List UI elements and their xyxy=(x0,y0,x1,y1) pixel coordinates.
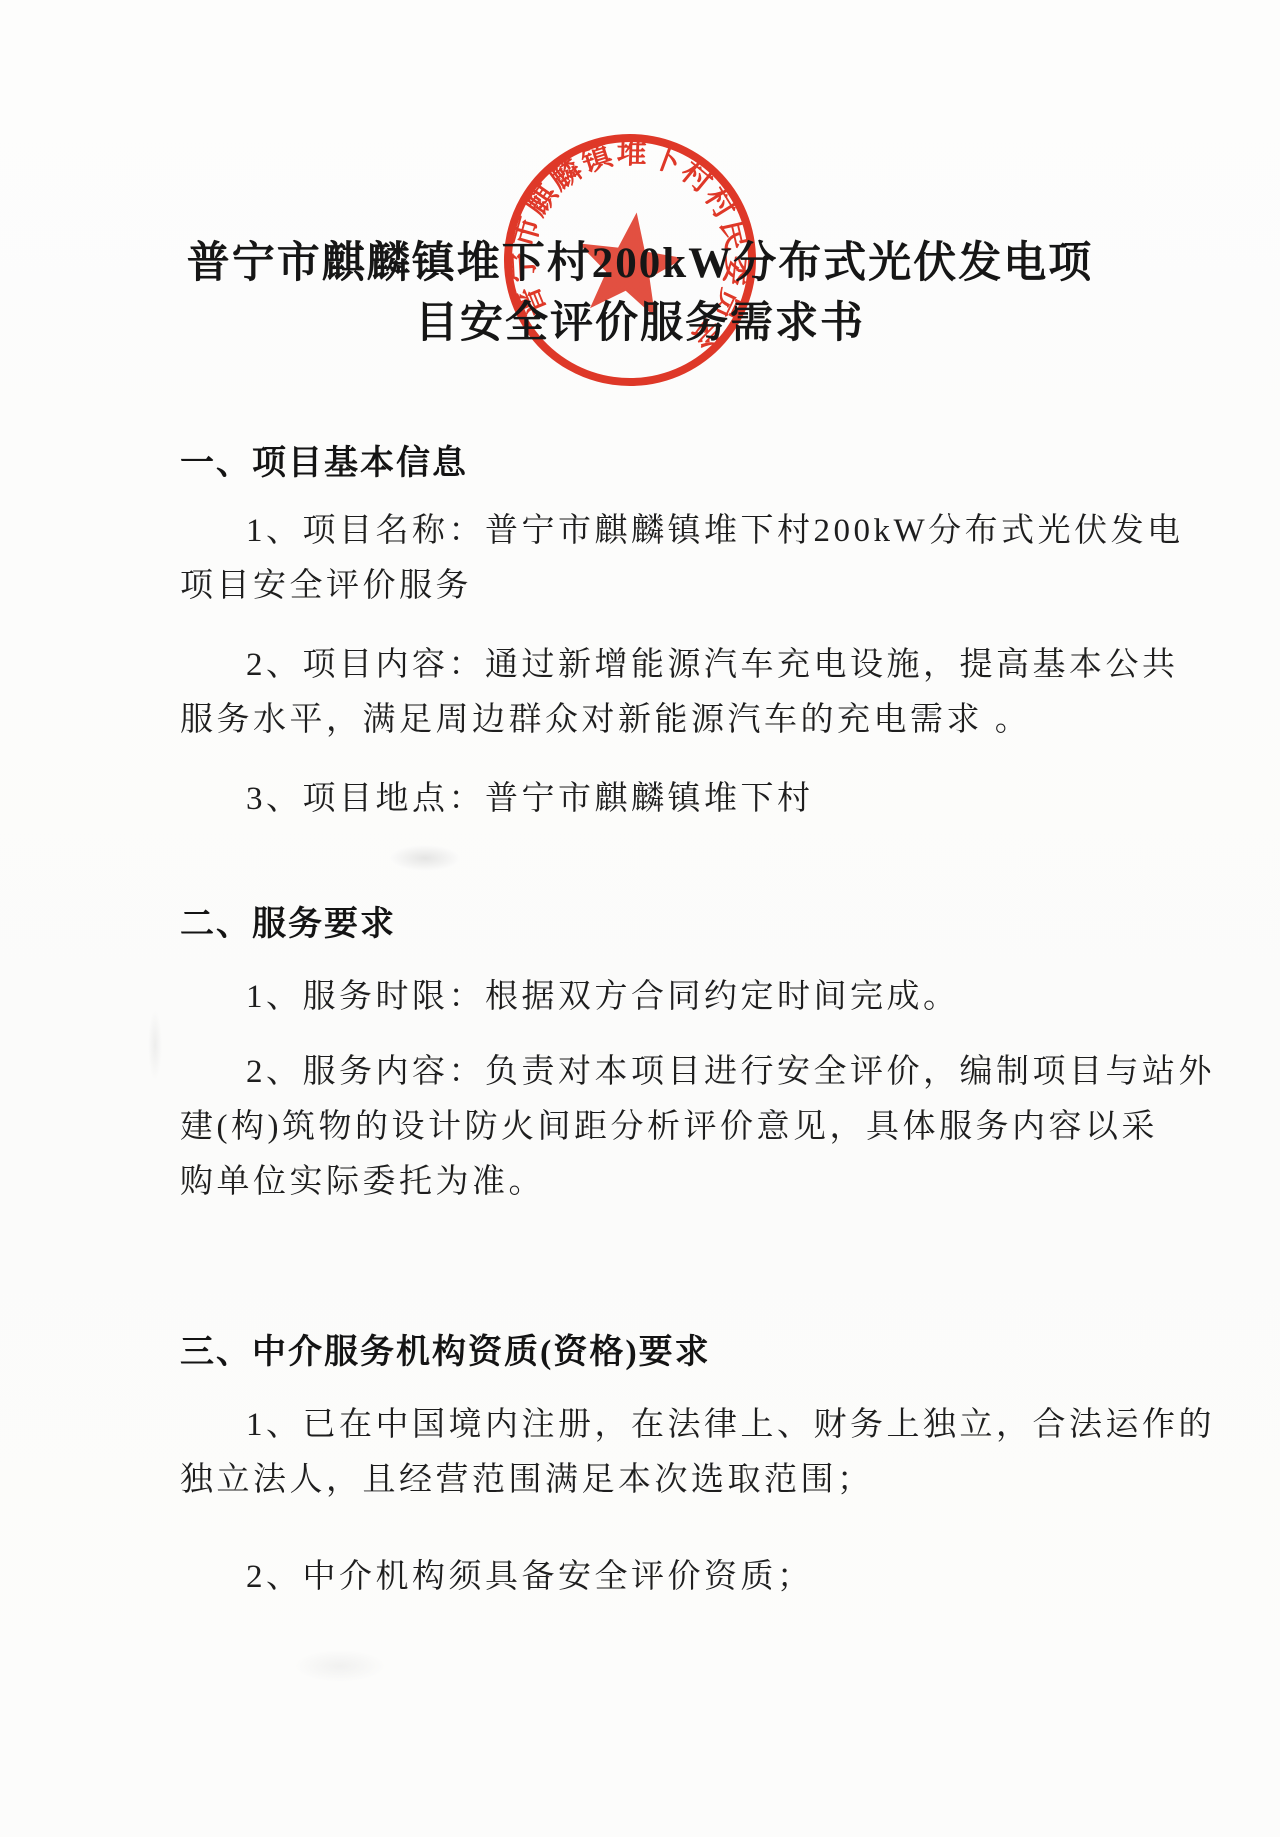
section-heading: 二、服务要求 xyxy=(180,897,1228,952)
paragraph-line: 1、项目名称：普宁市麒麟镇堆下村200kW分布式光伏发电 xyxy=(180,504,1228,559)
scan-smudge xyxy=(148,1010,162,1080)
paragraph: 1、项目名称：普宁市麒麟镇堆下村200kW分布式光伏发电 项目安全评价服务 xyxy=(180,504,1228,614)
paragraph: 2、项目内容：通过新增能源汽车充电设施，提高基本公共 服务水平，满足周边群众对新… xyxy=(180,638,1228,748)
section-agency-qualifications: 三、中介服务机构资质(资格)要求 1、已在中国境内注册，在法律上、财务上独立，合… xyxy=(180,1325,1228,1605)
paragraph: 2、服务内容：负责对本项目进行安全评价，编制项目与站外 建(构)筑物的设计防火间… xyxy=(180,1045,1228,1210)
document-title: 普宁市麒麟镇堆下村200kW分布式光伏发电项 目安全评价服务需求书 xyxy=(90,234,1190,354)
paragraph: 1、已在中国境内注册，在法律上、财务上独立，合法运作的 独立法人，且经营范围满足… xyxy=(180,1398,1228,1508)
paragraph-line: 建(构)筑物的设计防火间距分析评价意见，具体服务内容以采 xyxy=(180,1100,1228,1155)
document-page: 普宁市麒麟镇堆下村村民委员会 普宁市麒麟镇堆下村200kW分布式光伏发电项 目安… xyxy=(0,0,1280,1837)
paragraph-line: 2、中介机构须具备安全评价资质； xyxy=(180,1550,1228,1605)
title-line: 目安全评价服务需求书 xyxy=(90,294,1190,354)
paragraph-line: 独立法人，且经营范围满足本次选取范围； xyxy=(180,1453,1228,1508)
paragraph-line: 服务水平，满足周边群众对新能源汽车的充电需求 。 xyxy=(180,693,1228,748)
paragraph: 2、中介机构须具备安全评价资质； xyxy=(180,1550,1228,1605)
paragraph-line: 1、已在中国境内注册，在法律上、财务上独立，合法运作的 xyxy=(180,1398,1228,1453)
paragraph: 1、服务时限：根据双方合同约定时间完成。 xyxy=(180,970,1228,1025)
scan-smudge xyxy=(295,1650,385,1682)
paragraph-line: 购单位实际委托为准。 xyxy=(180,1155,1228,1210)
section-heading: 三、中介服务机构资质(资格)要求 xyxy=(180,1325,1228,1380)
paragraph-line: 2、服务内容：负责对本项目进行安全评价，编制项目与站外 xyxy=(180,1045,1228,1100)
document-body: 一、项目基本信息 1、项目名称：普宁市麒麟镇堆下村200kW分布式光伏发电 项目… xyxy=(180,436,1228,1605)
paragraph-line: 2、项目内容：通过新增能源汽车充电设施，提高基本公共 xyxy=(180,638,1228,693)
section-heading: 一、项目基本信息 xyxy=(180,436,1228,491)
section-project-basic-info: 一、项目基本信息 1、项目名称：普宁市麒麟镇堆下村200kW分布式光伏发电 项目… xyxy=(180,436,1228,827)
title-line: 普宁市麒麟镇堆下村200kW分布式光伏发电项 xyxy=(90,234,1190,294)
paragraph-line: 3、项目地点：普宁市麒麟镇堆下村 xyxy=(180,772,1228,827)
paragraph: 3、项目地点：普宁市麒麟镇堆下村 xyxy=(180,772,1228,827)
paragraph-line: 项目安全评价服务 xyxy=(180,559,1228,614)
paragraph-line: 1、服务时限：根据双方合同约定时间完成。 xyxy=(180,970,1228,1025)
section-service-requirements: 二、服务要求 1、服务时限：根据双方合同约定时间完成。 2、服务内容：负责对本项… xyxy=(180,897,1228,1210)
